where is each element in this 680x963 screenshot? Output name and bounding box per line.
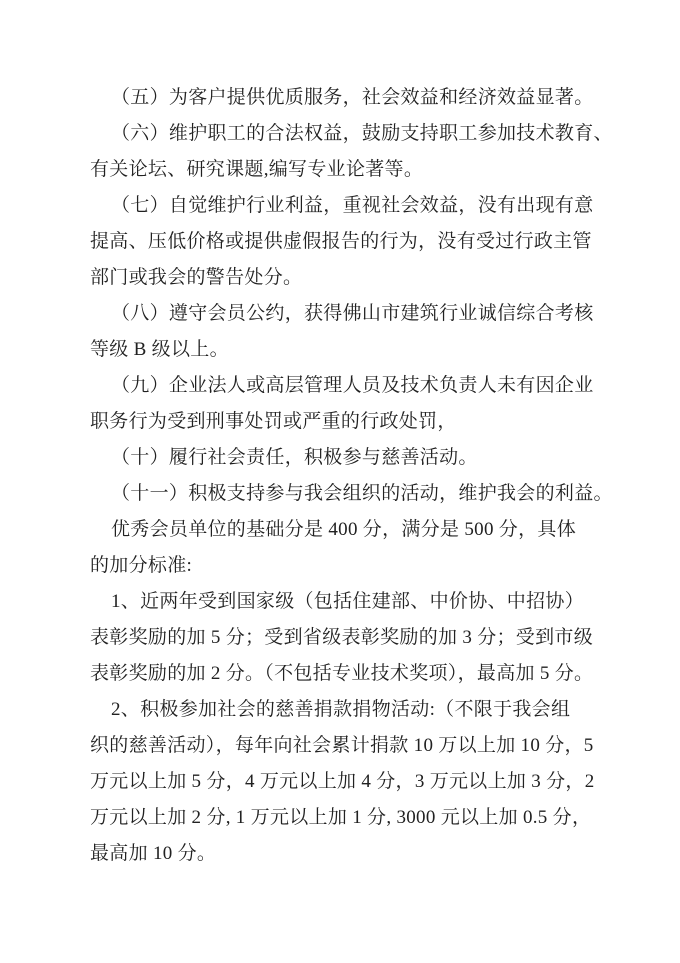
text-line: （十）履行社会责任，积极参与慈善活动。 bbox=[90, 440, 612, 476]
text-line: （五）为客户提供优质服务，社会效益和经济效益显著。 bbox=[90, 80, 612, 116]
text-line: （七）自觉维护行业利益，重视社会效益，没有出现有意 bbox=[90, 188, 612, 224]
text-line: 万元以上加 2 分, 1 万元以上加 1 分, 3000 元以上加 0.5 分， bbox=[90, 800, 612, 836]
text-line: （九）企业法人或高层管理人员及技术负责人未有因企业 bbox=[90, 368, 612, 404]
text-line: 最高加 10 分。 bbox=[90, 836, 612, 872]
text-line: 1、近两年受到国家级（包括住建部、中价协、中招协） bbox=[90, 584, 612, 620]
text-line: 等级 B 级以上。 bbox=[90, 332, 612, 368]
text-line: （十一）积极支持参与我会组织的活动，维护我会的利益。 bbox=[90, 476, 612, 512]
text-line: 2、积极参加社会的慈善捐款捐物活动:（不限于我会组 bbox=[90, 692, 612, 728]
text-line: （六）维护职工的合法权益，鼓励支持职工参加技术教育、 bbox=[90, 116, 612, 152]
text-line: 部门或我会的警告处分。 bbox=[90, 260, 612, 296]
document-body: （五）为客户提供优质服务，社会效益和经济效益显著。（六）维护职工的合法权益，鼓励… bbox=[90, 80, 612, 872]
text-line: 提高、压低价格或提供虚假报告的行为，没有受过行政主管 bbox=[90, 224, 612, 260]
text-line: 的加分标准: bbox=[90, 548, 612, 584]
text-line: 万元以上加 5 分，4 万元以上加 4 分，3 万元以上加 3 分，2 bbox=[90, 764, 612, 800]
text-line: 织的慈善活动），每年向社会累计捐款 10 万以上加 10 分，5 bbox=[90, 728, 612, 764]
text-line: 表彰奖励的加 5 分；受到省级表彰奖励的加 3 分；受到市级 bbox=[90, 620, 612, 656]
text-line: 有关论坛、研究课题,编写专业论著等。 bbox=[90, 152, 612, 188]
text-line: 职务行为受到刑事处罚或严重的行政处罚， bbox=[90, 404, 612, 440]
text-line: 表彰奖励的加 2 分。（不包括专业技术奖项），最高加 5 分。 bbox=[90, 656, 612, 692]
text-line: 优秀会员单位的基础分是 400 分，满分是 500 分，具体 bbox=[90, 512, 612, 548]
text-line: （八）遵守会员公约，获得佛山市建筑行业诚信综合考核 bbox=[90, 296, 612, 332]
document-page: （五）为客户提供优质服务，社会效益和经济效益显著。（六）维护职工的合法权益，鼓励… bbox=[0, 0, 680, 963]
